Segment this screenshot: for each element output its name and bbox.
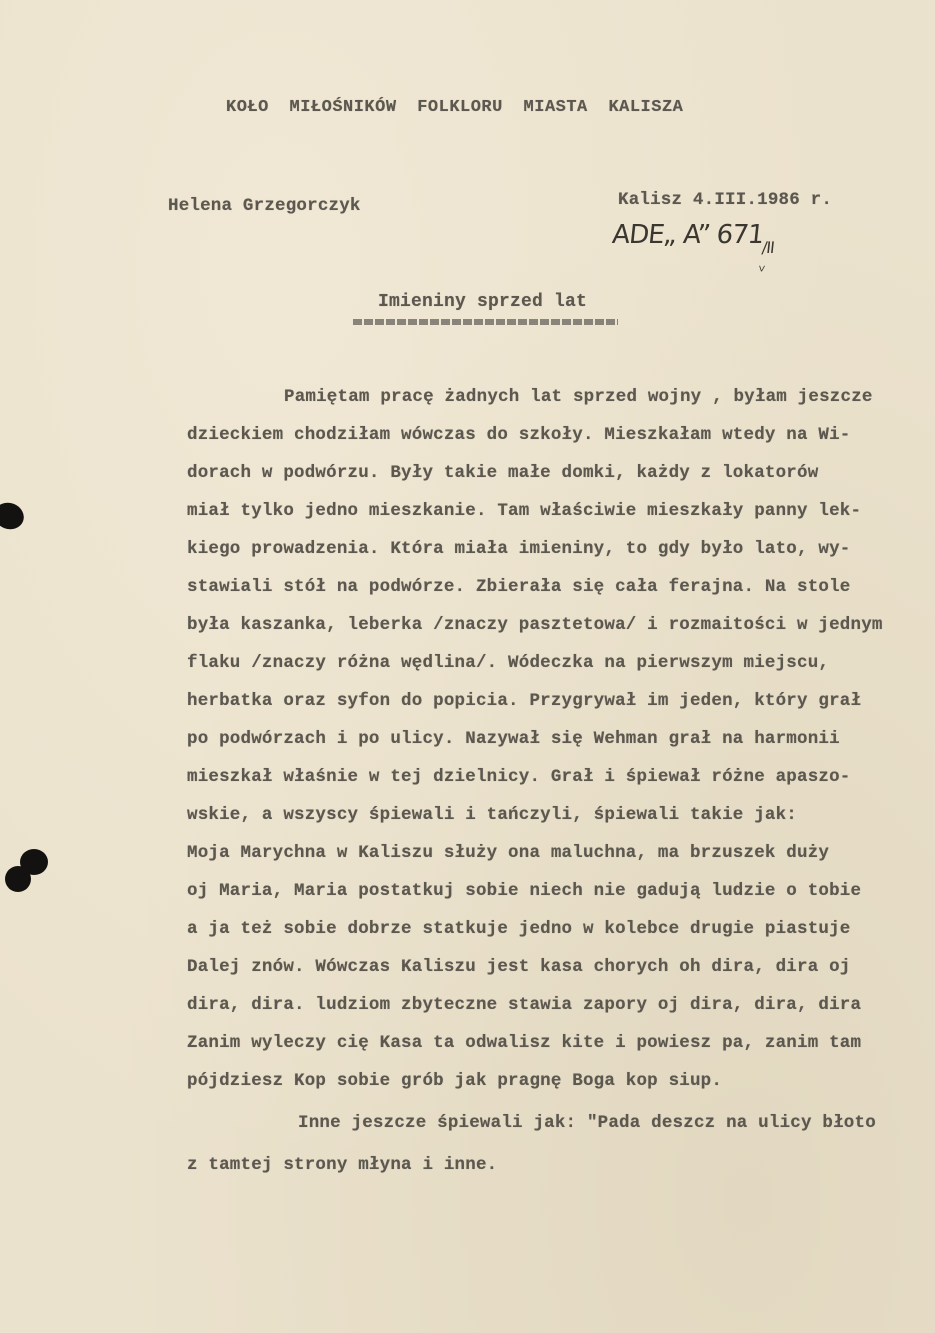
body-line: Pamiętam pracę żadnych lat sprzed wojny …	[284, 387, 873, 407]
author-name: Helena Grzegorczyk	[168, 196, 361, 216]
body-line: Moja Marychna w Kaliszu służy ona maluch…	[187, 843, 829, 863]
body-line: miał tylko jedno mieszkanie. Tam właściw…	[187, 501, 861, 521]
document-page: KOŁO MIŁOŚNIKÓW FOLKLORU MIASTA KALISZA …	[0, 0, 935, 1333]
body-line: z tamtej strony młyna i inne.	[187, 1155, 497, 1175]
body-line: stawiali stół na podwórze. Zbierała się …	[187, 577, 851, 597]
body-line: flaku /znaczy różna wędlina/. Wódeczka n…	[187, 653, 829, 673]
archive-mark-tick: ⱽ	[758, 264, 765, 280]
body-line: Dalej znów. Wówczas Kaliszu jest kasa ch…	[187, 957, 851, 977]
body-line: dira, dira. ludziom zbyteczne stawia zap…	[187, 995, 861, 1015]
archive-mark-main: ADE„ A” 671	[611, 220, 765, 250]
punch-hole	[0, 499, 28, 534]
body-line: po podwórzach i po ulicy. Nazywał się We…	[187, 729, 840, 749]
title-underline	[353, 319, 618, 325]
punch-hole	[5, 866, 31, 892]
body-line: dzieckiem chodziłam wówczas do szkoły. M…	[187, 425, 851, 445]
archive-mark-fraction: /II	[761, 238, 775, 257]
document-title: Imieniny sprzed lat	[378, 292, 587, 312]
body-line: kiego prowadzenia. Która miała imieniny,…	[187, 539, 851, 559]
body-line: mieszkał właśnie w tej dzielnicy. Grał i…	[187, 767, 851, 787]
body-line: herbatka oraz syfon do popicia. Przygryw…	[187, 691, 861, 711]
body-line: oj Maria, Maria postatkuj sobie niech ni…	[187, 881, 861, 901]
body-line: a ja też sobie dobrze statkuje jedno w k…	[187, 919, 851, 939]
body-line: dorach w podwórzu. Były takie małe domki…	[187, 463, 818, 483]
organization-header: KOŁO MIŁOŚNIKÓW FOLKLORU MIASTA KALISZA	[226, 98, 683, 117]
body-line: pójdziesz Kop sobie grób jak pragnę Boga…	[187, 1071, 722, 1091]
handwritten-archive-mark: ADE„ A” 671/II ⱽ	[610, 220, 777, 257]
body-line: wskie, a wszyscy śpiewali i tańczyli, śp…	[187, 805, 797, 825]
place-date: Kalisz 4.III.1986 r.	[618, 190, 832, 210]
body-line: Inne jeszcze śpiewali jak: "Pada deszcz …	[298, 1113, 876, 1133]
body-line: Zanim wyleczy cię Kasa ta odwalisz kite …	[187, 1033, 861, 1053]
body-line: była kaszanka, leberka /znaczy pasztetow…	[187, 615, 883, 635]
